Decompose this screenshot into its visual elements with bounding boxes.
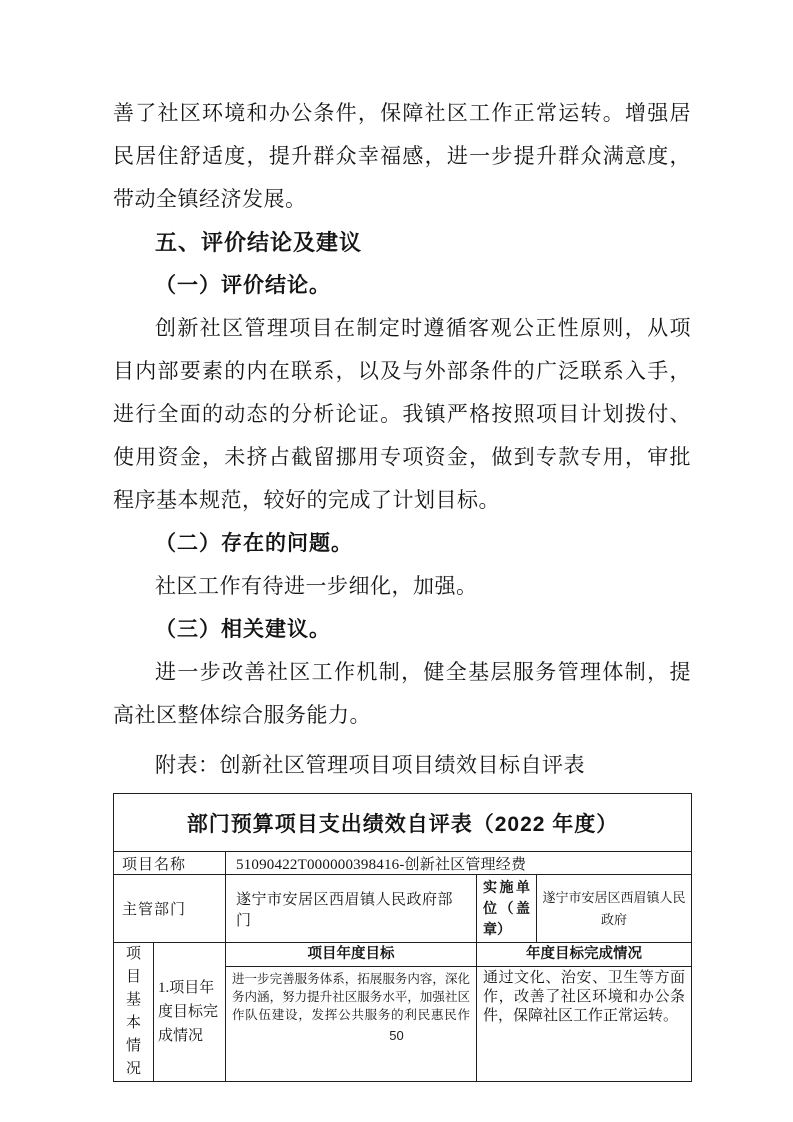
- body-line: 进一步改善社区工作机制，健全基层服务管理体制，提: [113, 651, 691, 694]
- implement-unit-label: 实施单位（盖章）: [477, 875, 537, 943]
- body-line: 带动全镇经济发展。: [113, 178, 691, 221]
- goal-row-label: 1.项目年度目标完成情况: [154, 943, 226, 1082]
- subsection-heading-problems: （二）存在的问题。: [113, 522, 691, 565]
- department-value: 遂宁市安居区西眉镇人民政府部门: [226, 875, 477, 943]
- department-label: 主管部门: [114, 875, 226, 943]
- page-number: 50: [0, 1028, 793, 1043]
- cell-line: 作队伍建设，发挥公共服务的利民惠民作用。: [232, 1006, 470, 1024]
- project-name-value: 51090422T000000398416-创新社区管理经费: [226, 852, 692, 875]
- annual-goal-header: 项目年度目标: [226, 943, 476, 967]
- body-line: 程序基本规范，较好的完成了计划目标。: [113, 479, 691, 522]
- completion-content: 通过文化、治安、卫生等方面工 作，改善了社区环境和办公条 件，保障社区工作正常运…: [477, 967, 691, 1028]
- cell-line: 通过文化、治安、卫生等方面工: [483, 969, 685, 988]
- body-line: 创新社区管理项目在制定时遵循客观公正性原则，从项: [113, 307, 691, 350]
- body-line: 目内部要素的内在联系，以及与外部条件的广泛联系入手，: [113, 350, 691, 393]
- annual-goal-cell: 项目年度目标 进一步完善服务体系，拓展服务内容，深化服 务内涵，努力提升社区服务…: [226, 943, 477, 1082]
- body-line: 进行全面的动态的分析论证。我镇严格按照项目计划拨付、: [113, 393, 691, 436]
- completion-header: 年度目标完成情况: [477, 943, 691, 967]
- completion-cell: 年度目标完成情况 通过文化、治安、卫生等方面工 作，改善了社区环境和办公条 件，…: [477, 943, 692, 1082]
- table-title: 部门预算项目支出绩效自评表（2022 年度）: [114, 794, 692, 852]
- basic-info-label: 项目基本情况: [114, 943, 154, 1082]
- cell-line: 件，保障社区工作正常运转。: [483, 1007, 685, 1026]
- subsection-heading-suggestions: （三）相关建议。: [113, 608, 691, 651]
- body-line: 使用资金，未挤占截留挪用专项资金，做到专款专用，审批: [113, 436, 691, 479]
- document-page: 善了社区环境和办公条件，保障社区工作正常运转。增强居 民居住舒适度，提升群众幸福…: [0, 0, 793, 1122]
- table-caption: 附表：创新社区管理项目项目绩效目标自评表: [113, 744, 691, 787]
- implement-unit-value: 遂宁市安居区西眉镇人民政府: [537, 875, 692, 943]
- cell-line: 进一步完善服务体系，拓展服务内容，深化服: [232, 970, 470, 988]
- subsection-heading-conclusion: （一）评价结论。: [113, 264, 691, 307]
- annual-goal-content: 进一步完善服务体系，拓展服务内容，深化服 务内涵，努力提升社区服务水平，加强社区…: [226, 967, 476, 1027]
- cell-line: 务内涵，努力提升社区服务水平，加强社区工: [232, 988, 470, 1006]
- body-line: 善了社区环境和办公条件，保障社区工作正常运转。增强居: [113, 92, 691, 135]
- cell-line: 作，改善了社区环境和办公条: [483, 988, 685, 1007]
- body-line: 高社区整体综合服务能力。: [113, 694, 691, 737]
- body-line: 民居住舒适度，提升群众幸福感，进一步提升群众满意度，: [113, 135, 691, 178]
- project-name-label: 项目名称: [114, 852, 226, 875]
- body-line: 社区工作有待进一步细化，加强。: [113, 565, 691, 608]
- section-heading: 五、评价结论及建议: [113, 221, 691, 264]
- document-body: 善了社区环境和办公条件，保障社区工作正常运转。增强居 民居住舒适度，提升群众幸福…: [113, 92, 691, 1082]
